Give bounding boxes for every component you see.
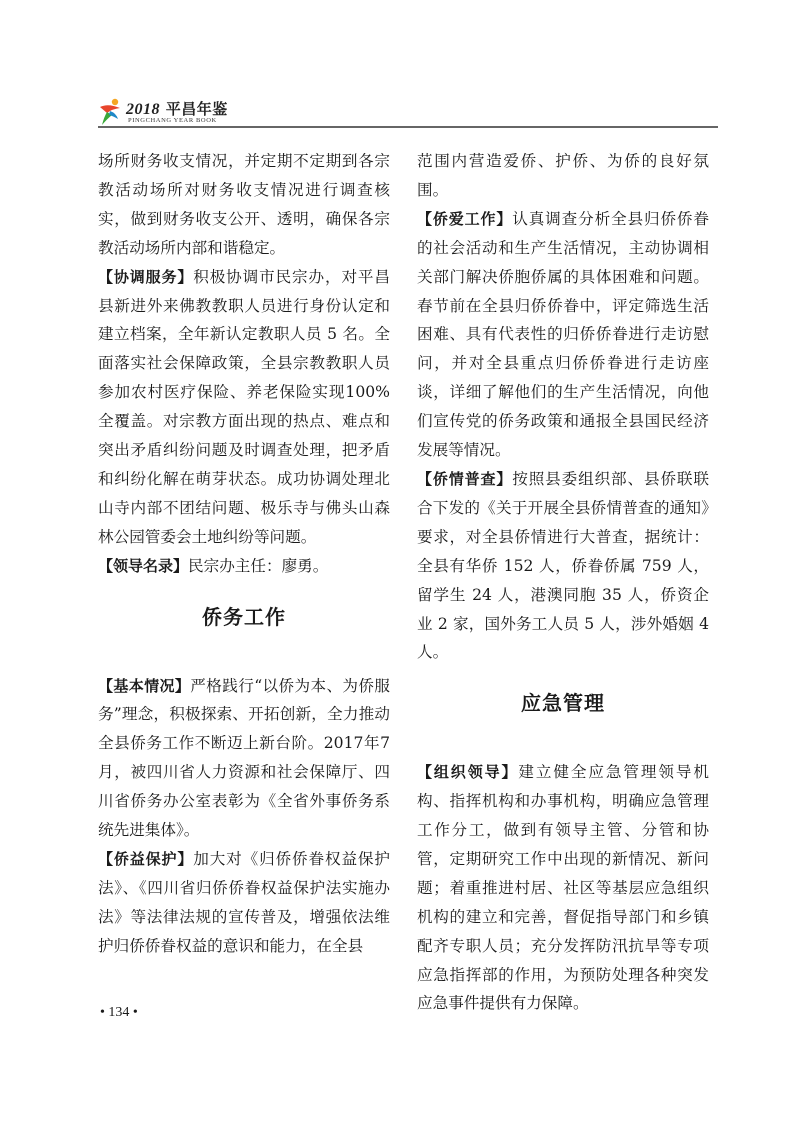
- left-column: 场所财务收支情况，并定期不定期到各宗教活动场所对财务收支情况进行调查核实，做到财…: [98, 147, 390, 961]
- paragraph: 【侨益保护】加大对《归侨侨眷权益保护法》、《四川省归侨侨眷权益保护法实施办法》等…: [98, 845, 390, 961]
- paragraph: 范围内营造爱侨、护侨、为侨的良好氛围。: [417, 147, 709, 205]
- paragraph-tag: 【侨益保护】: [98, 850, 193, 868]
- paragraph-text: 严格践行“以侨为本、为侨服务”理念，积极探索、开拓创新，全力推动全县侨务工作不断…: [98, 677, 390, 840]
- paragraph-text: 建立健全应急管理领导机构、指挥机构和办事机构，明确应急管理工作分工，做到有领导主…: [417, 763, 709, 1012]
- paragraph-tag: 【侨情普查】: [417, 470, 512, 488]
- paragraph-tag: 【协调服务】: [98, 268, 193, 286]
- yearbook-logo-icon: [98, 97, 124, 127]
- yearbook-name: 平昌年鉴: [166, 100, 228, 118]
- paragraph-text: 场所财务收支情况，并定期不定期到各宗教活动场所对财务收支情况进行调查核实，做到财…: [98, 152, 390, 257]
- yearbook-title: 2018 平昌年鉴: [126, 98, 228, 119]
- paragraph: 【协调服务】积极协调市民宗办，对平昌县新进外来佛教教职人员进行身份认定和建立档案…: [98, 263, 390, 552]
- paragraph: 【组织领导】建立健全应急管理领导机构、指挥机构和办事机构，明确应急管理工作分工，…: [417, 758, 709, 1018]
- section-title: 侨务工作: [98, 603, 390, 632]
- paragraph: 场所财务收支情况，并定期不定期到各宗教活动场所对财务收支情况进行调查核实，做到财…: [98, 147, 390, 263]
- paragraph-text: 范围内营造爱侨、护侨、为侨的良好氛围。: [417, 152, 709, 199]
- header-divider: [98, 126, 718, 128]
- paragraph-text: 积极协调市民宗办，对平昌县新进外来佛教教职人员进行身份认定和建立档案，全年新认定…: [98, 268, 390, 546]
- paragraph: 【侨情普查】按照县委组织部、县侨联联合下发的《关于开展全县侨情普查的通知》要求，…: [417, 465, 709, 667]
- paragraph-tag: 【基本情况】: [98, 677, 190, 695]
- paragraph: 【基本情况】严格践行“以侨为本、为侨服务”理念，积极探索、开拓创新，全力推动全县…: [98, 672, 390, 845]
- yearbook-year: 2018: [126, 101, 160, 118]
- paragraph-tag: 【领导名录】: [98, 557, 188, 575]
- paragraph-text: 按照县委组织部、县侨联联合下发的《关于开展全县侨情普查的通知》要求，对全县侨情进…: [417, 470, 709, 661]
- paragraph-text: 民宗办主任：廖勇。: [188, 557, 328, 575]
- yearbook-subtitle: PINGCHANG YEAR BOOK: [128, 117, 217, 124]
- page-number: • 134 •: [100, 1005, 138, 1021]
- paragraph-tag: 【组织领导】: [417, 763, 518, 781]
- paragraph-tag: 【侨爱工作】: [417, 210, 512, 228]
- paragraph: 【侨爱工作】认真调查分析全县归侨侨眷的社会活动和生产生活情况，主动协调相关部门解…: [417, 205, 709, 465]
- paragraph: 【领导名录】民宗办主任：廖勇。: [98, 552, 390, 581]
- section-title: 应急管理: [417, 689, 709, 718]
- paragraph-text: 认真调查分析全县归侨侨眷的社会活动和生产生活情况，主动协调相关部门解决侨胞侨属的…: [417, 210, 709, 459]
- right-column: 范围内营造爱侨、护侨、为侨的良好氛围。 【侨爱工作】认真调查分析全县归侨侨眷的社…: [417, 147, 709, 1018]
